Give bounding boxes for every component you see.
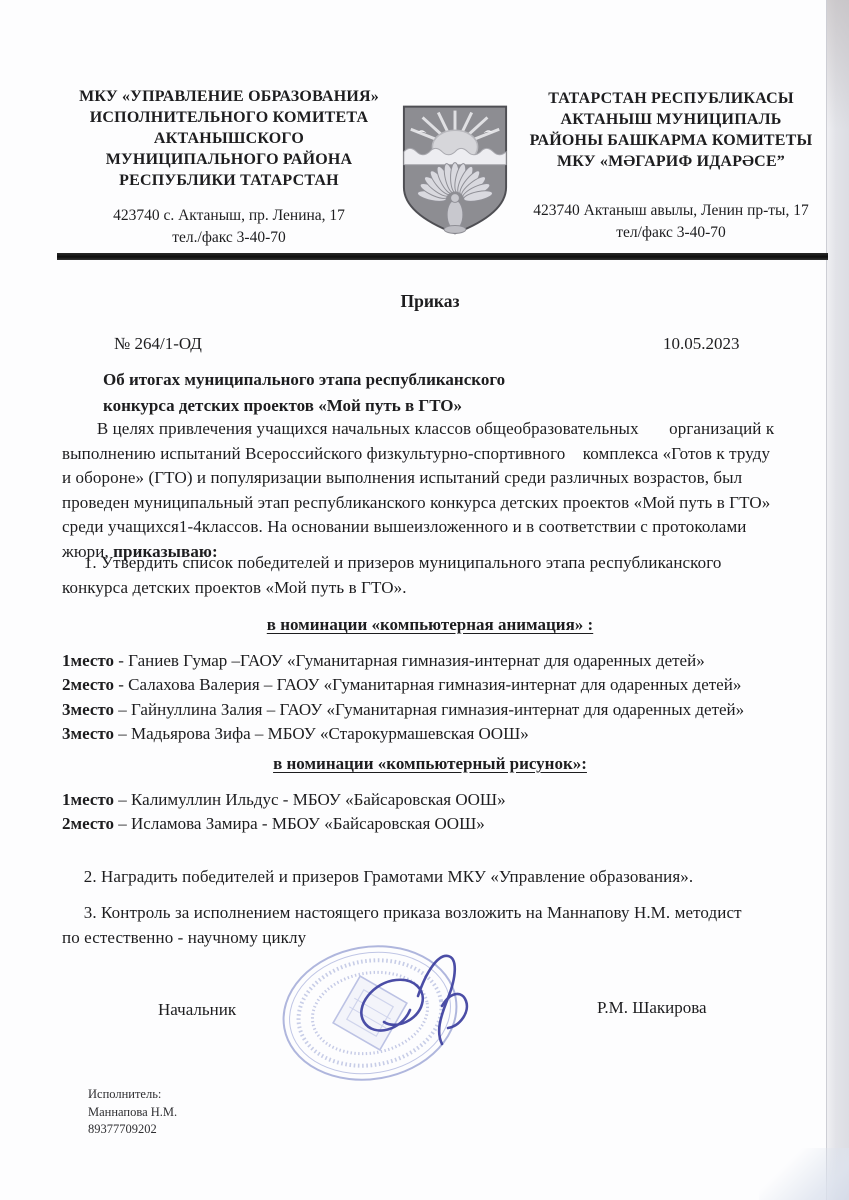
org-block-right: ТАТАРСТАН РЕСПУБЛИКАСЫ АКТАНЫШ МУНИЦИПАЛ… [498,88,844,244]
winner-text: – Гайнуллина Залия – ГАОУ «Гуманитарная … [114,700,744,719]
intro-line: В целях привлечения учащихся начальных к… [62,417,807,442]
winner-line: 2место - Салахова Валерия – ГАОУ «Гумани… [62,673,822,697]
org-block-left: МКУ «УПРАВЛЕНИЕ ОБРАЗОВАНИЯ» ИСПОЛНИТЕЛЬ… [58,86,400,249]
address-line: тел/факс 3-40-70 [498,222,844,244]
intro-line: среди учащихся1-4классов. На основании в… [62,515,807,540]
subject-line: Об итогах муниципального этапа республик… [103,367,703,393]
winner-line: 3место – Гайнуллина Залия – ГАОУ «Гумани… [62,698,822,722]
nomination-2-heading: в номинации «компьютерный рисунок»: [60,754,800,774]
intro-line: и обороне» (ГТО) и популяризации выполне… [62,466,807,491]
winner-place: 2место [62,814,114,833]
executor-label: Исполнитель: [88,1086,177,1104]
order-subject: Об итогах муниципального этапа республик… [103,367,703,419]
address-line: 423740 Актаныш авылы, Ленин пр-ты, 17 [498,200,844,222]
org-left-address: 423740 с. Актаныш, пр. Ленина, 17 тел./ф… [58,205,400,249]
org-left-name-line: МКУ «УПРАВЛЕНИЕ ОБРАЗОВАНИЯ» [58,86,400,107]
org-right-name-line: АКТАНЫШ МУНИЦИПАЛЬ [498,109,844,130]
scan-corner-noise [759,1148,849,1200]
org-right-name-line: МКУ «МӘГАРИФ ИДАРӘСЕ” [498,151,844,172]
winner-place: 3место [62,700,114,719]
intro-line: выполнению испытаний Всероссийского физк… [62,442,807,467]
org-left-name-line: АКТАНЫШСКОГО [58,128,400,149]
clause-line: 2. Наградить победителей и призеров Грам… [62,865,822,890]
nomination-1-winners: 1место - Ганиев Гумар –ГАОУ «Гуманитарна… [62,649,822,747]
winner-text: – Калимуллин Ильдус - МБОУ «Байсаровская… [114,790,506,809]
org-right-name-line: РАЙОНЫ БАШКАРМА КОМИТЕТЫ [498,130,844,151]
nomination-1-heading-text: в номинации «компьютерная анимация» : [267,615,593,634]
signature-scribble-icon [338,946,480,1058]
winner-place: 1место [62,790,114,809]
intro-paragraph: В целях привлечения учащихся начальных к… [62,417,807,565]
nomination-1-heading: в номинации «компьютерная анимация» : [60,615,800,635]
address-line: тел./факс 3-40-70 [58,227,400,249]
nomination-2-winners: 1место – Калимуллин Ильдус - МБОУ «Байса… [62,788,822,837]
coat-of-arms-icon [399,103,511,238]
executor-name: Маннапова Н.М. [88,1104,177,1122]
address-line: 423740 с. Актаныш, пр. Ленина, 17 [58,205,400,227]
clause-line: конкурса детских проектов «Мой путь в ГТ… [62,576,807,601]
executor-phone: 89377709202 [88,1121,177,1139]
clause-2: 2. Наградить победителей и призеров Грам… [62,865,822,890]
org-right-address: 423740 Актаныш авылы, Ленин пр-ты, 17 те… [498,200,844,244]
winner-text: – Исламова Замира - МБОУ «Байсаровская О… [114,814,485,833]
winner-text: – Мадьярова Зифа – МБОУ «Старокурмашевск… [114,724,529,743]
document-page: МКУ «УПРАВЛЕНИЕ ОБРАЗОВАНИЯ» ИСПОЛНИТЕЛЬ… [0,0,849,1200]
nomination-2-heading-text: в номинации «компьютерный рисунок»: [273,754,587,773]
order-number: № 264/1-ОД [114,334,202,354]
org-left-name-line: МУНИЦИПАЛЬНОГО РАЙОНА [58,149,400,170]
clause-line: 3. Контроль за исполнением настоящего пр… [62,901,822,926]
intro-line: проведен муниципальный этап республиканс… [62,491,807,516]
doc-title: Приказ [60,291,800,312]
order-date: 10.05.2023 [663,334,740,354]
org-right-name-line: ТАТАРСТАН РЕСПУБЛИКАСЫ [498,88,844,109]
signatory-name: Р.М. Шакирова [597,998,707,1018]
clause-1: 1. Утвердить список победителей и призер… [62,551,807,600]
winner-place: 2место [62,675,114,694]
winner-text: - Салахова Валерия – ГАОУ «Гуманитарная … [114,675,741,694]
winner-line: 3место – Мадьярова Зифа – МБОУ «Старокур… [62,722,822,746]
header-divider-rule [57,253,828,260]
signatory-position: Начальник [158,1000,236,1020]
winner-line: 2место – Исламова Замира - МБОУ «Байсаро… [62,812,822,836]
winner-place: 3место [62,724,114,743]
winner-line: 1место – Калимуллин Ильдус - МБОУ «Байса… [62,788,822,812]
org-left-name-line: ИСПОЛНИТЕЛЬНОГО КОМИТЕТА [58,107,400,128]
org-left-name-line: РЕСПУБЛИКИ ТАТАРСТАН [58,170,400,191]
executor-block: Исполнитель: Маннапова Н.М. 89377709202 [88,1086,177,1139]
winner-text: - Ганиев Гумар –ГАОУ «Гуманитарная гимна… [114,651,705,670]
winner-line: 1место - Ганиев Гумар –ГАОУ «Гуманитарна… [62,649,822,673]
winner-place: 1место [62,651,114,670]
subject-line: конкурса детских проектов «Мой путь в ГТ… [103,393,703,419]
clause-line: 1. Утвердить список победителей и призер… [62,551,807,576]
